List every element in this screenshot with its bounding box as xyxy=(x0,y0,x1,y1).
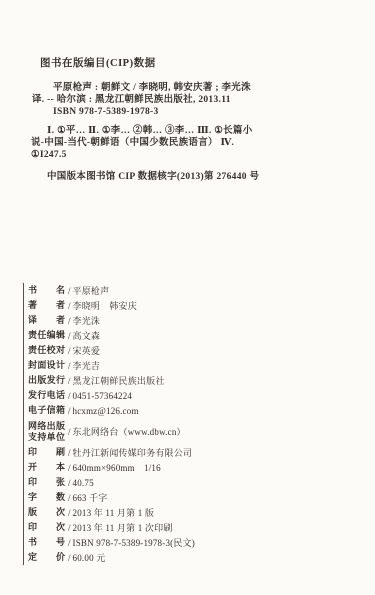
colophon-value: 40.75 xyxy=(73,478,94,488)
colophon-separator: / xyxy=(68,331,71,341)
colophon-separator: / xyxy=(68,553,71,563)
colophon-row: 定价 / 60.00 元 xyxy=(28,550,358,565)
colophon-row: 出版发行 / 黑龙江朝鲜民族出版社 xyxy=(28,373,358,388)
colophon-value: 东北网络台（www.dbw.cn） xyxy=(73,425,186,438)
colophon-value: 宋英爱 xyxy=(73,344,101,357)
colophon-row: 译者 / 李光洙 xyxy=(28,313,358,328)
colophon-row: 责任编辑 / 高文森 xyxy=(28,328,358,343)
colophon-value: 高文森 xyxy=(73,329,101,342)
colophon-label: 责任校对 xyxy=(28,345,65,356)
colophon-row: 开本 / 640mm×960mm 1/16 xyxy=(28,460,358,475)
cip-classification-line-2: 说-中国-当代-朝鲜语（中国少数民族语言） Ⅳ. xyxy=(31,137,351,149)
colophon-value: 2013 年 11 月第 1 次印刷 xyxy=(73,521,173,534)
colophon-row: 印张 / 40.75 xyxy=(28,475,358,490)
colophon-value: hcxmz@126.com xyxy=(73,406,139,416)
cip-registry-number: 中国版本图书馆 CIP 数据核字(2013)第 276440 号 xyxy=(47,168,259,182)
colophon-value: 2013 年 11 月第 1 版 xyxy=(73,506,155,519)
colophon-separator: / xyxy=(68,463,71,473)
cip-record-line-3: ISBN 978-7-5389-1978-3 xyxy=(32,106,352,118)
colophon-row: 书号 / ISBN 978-7-5389-1978-3(民文) xyxy=(28,535,358,550)
colophon-label: 版次 xyxy=(28,507,65,518)
colophon-label: 责任编辑 xyxy=(28,330,65,341)
cip-record-paragraph: 平原枪声 : 朝鲜文 / 李晓明, 韩安庆著 ; 李光洙 译. -- 哈尔滨 :… xyxy=(32,82,352,118)
colophon-label: 印张 xyxy=(28,477,65,488)
colophon-row: 版次 / 2013 年 11 月第 1 版 xyxy=(28,505,358,520)
colophon-label: 字数 xyxy=(28,492,65,503)
cip-heading: 图书在版编目(CIP)数据 xyxy=(40,55,156,70)
colophon-separator: / xyxy=(68,376,71,386)
colophon-row: 印刷 / 牡丹江新闻传媒印务有限公司 xyxy=(28,445,358,460)
colophon-separator: / xyxy=(68,427,71,437)
colophon-value: 0451-57364224 xyxy=(73,391,133,401)
colophon-separator: / xyxy=(68,286,71,296)
colophon-table: 书名 / 平原枪声 著者 / 李晓明 韩安庆 译者 / 李光洙 责任编辑 / 高… xyxy=(23,283,358,565)
colophon-row: 网络出版支持单位 / 东北网络台（www.dbw.cn） xyxy=(28,418,358,445)
colophon-separator: / xyxy=(68,493,71,503)
colophon-label: 发行电话 xyxy=(28,390,65,401)
book-copyright-page: 图书在版编目(CIP)数据 平原枪声 : 朝鲜文 / 李晓明, 韩安庆著 ; 李… xyxy=(0,0,375,595)
colophon-label: 书名 xyxy=(28,285,65,296)
colophon-label: 电子信箱 xyxy=(28,405,65,416)
colophon-label: 出版发行 xyxy=(28,375,65,386)
colophon-row: 印次 / 2013 年 11 月第 1 次印刷 xyxy=(28,520,358,535)
colophon-row: 字数 / 663 千字 xyxy=(28,490,358,505)
colophon-separator: / xyxy=(68,346,71,356)
colophon-value: 663 千字 xyxy=(73,491,108,504)
colophon-separator: / xyxy=(68,301,71,311)
colophon-label: 定价 xyxy=(28,552,65,563)
colophon-label: 印刷 xyxy=(28,447,65,458)
colophon-label: 开本 xyxy=(28,462,65,473)
colophon-value: 李光吉 xyxy=(73,359,101,372)
colophon-row: 发行电话 / 0451-57364224 xyxy=(28,388,358,403)
colophon-value: ISBN 978-7-5389-1978-3(民文) xyxy=(73,536,195,549)
colophon-label: 网络出版支持单位 xyxy=(28,421,65,443)
colophon-separator: / xyxy=(68,508,71,518)
colophon-separator: / xyxy=(68,406,71,416)
colophon-row: 责任校对 / 宋英爱 xyxy=(28,343,358,358)
colophon-row: 书名 / 平原枪声 xyxy=(28,283,358,298)
cip-record-line-1: 平原枪声 : 朝鲜文 / 李晓明, 韩安庆著 ; 李光洙 xyxy=(32,82,352,94)
colophon-value: 牡丹江新闻传媒印务有限公司 xyxy=(73,446,193,459)
colophon-row: 电子信箱 / hcxmz@126.com xyxy=(28,403,358,418)
cip-classification-paragraph: Ⅰ. ①平… Ⅱ. ①李… ②韩… ③李… Ⅲ. ①长篇小 说-中国-当代-朝鲜… xyxy=(31,125,351,161)
colophon-value: 640mm×960mm 1/16 xyxy=(73,461,161,474)
cip-classification-line-1: Ⅰ. ①平… Ⅱ. ①李… ②韩… ③李… Ⅲ. ①长篇小 xyxy=(31,125,351,137)
colophon-value: 李光洙 xyxy=(73,314,101,327)
colophon-value: 60.00 元 xyxy=(73,551,106,564)
colophon-row: 著者 / 李晓明 韩安庆 xyxy=(28,298,358,313)
cip-record-line-2: 译. -- 哈尔滨 : 黑龙江朝鲜民族出版社, 2013.11 xyxy=(32,94,352,106)
colophon-separator: / xyxy=(68,361,71,371)
colophon-label: 著者 xyxy=(28,300,65,311)
colophon-value: 黑龙江朝鲜民族出版社 xyxy=(73,374,165,387)
colophon-label: 译者 xyxy=(28,315,65,326)
colophon-label: 印次 xyxy=(28,522,65,533)
cip-classification-line-3: ①I247.5 xyxy=(31,149,351,161)
colophon-row: 封面设计 / 李光吉 xyxy=(28,358,358,373)
colophon-separator: / xyxy=(68,478,71,488)
colophon-value: 平原枪声 xyxy=(73,284,110,297)
colophon-separator: / xyxy=(68,316,71,326)
colophon-separator: / xyxy=(68,391,71,401)
colophon-separator: / xyxy=(68,538,71,548)
colophon-value: 李晓明 韩安庆 xyxy=(73,299,137,312)
colophon-separator: / xyxy=(68,448,71,458)
colophon-label: 封面设计 xyxy=(28,360,65,371)
colophon-separator: / xyxy=(68,523,71,533)
colophon-label: 书号 xyxy=(28,537,65,548)
